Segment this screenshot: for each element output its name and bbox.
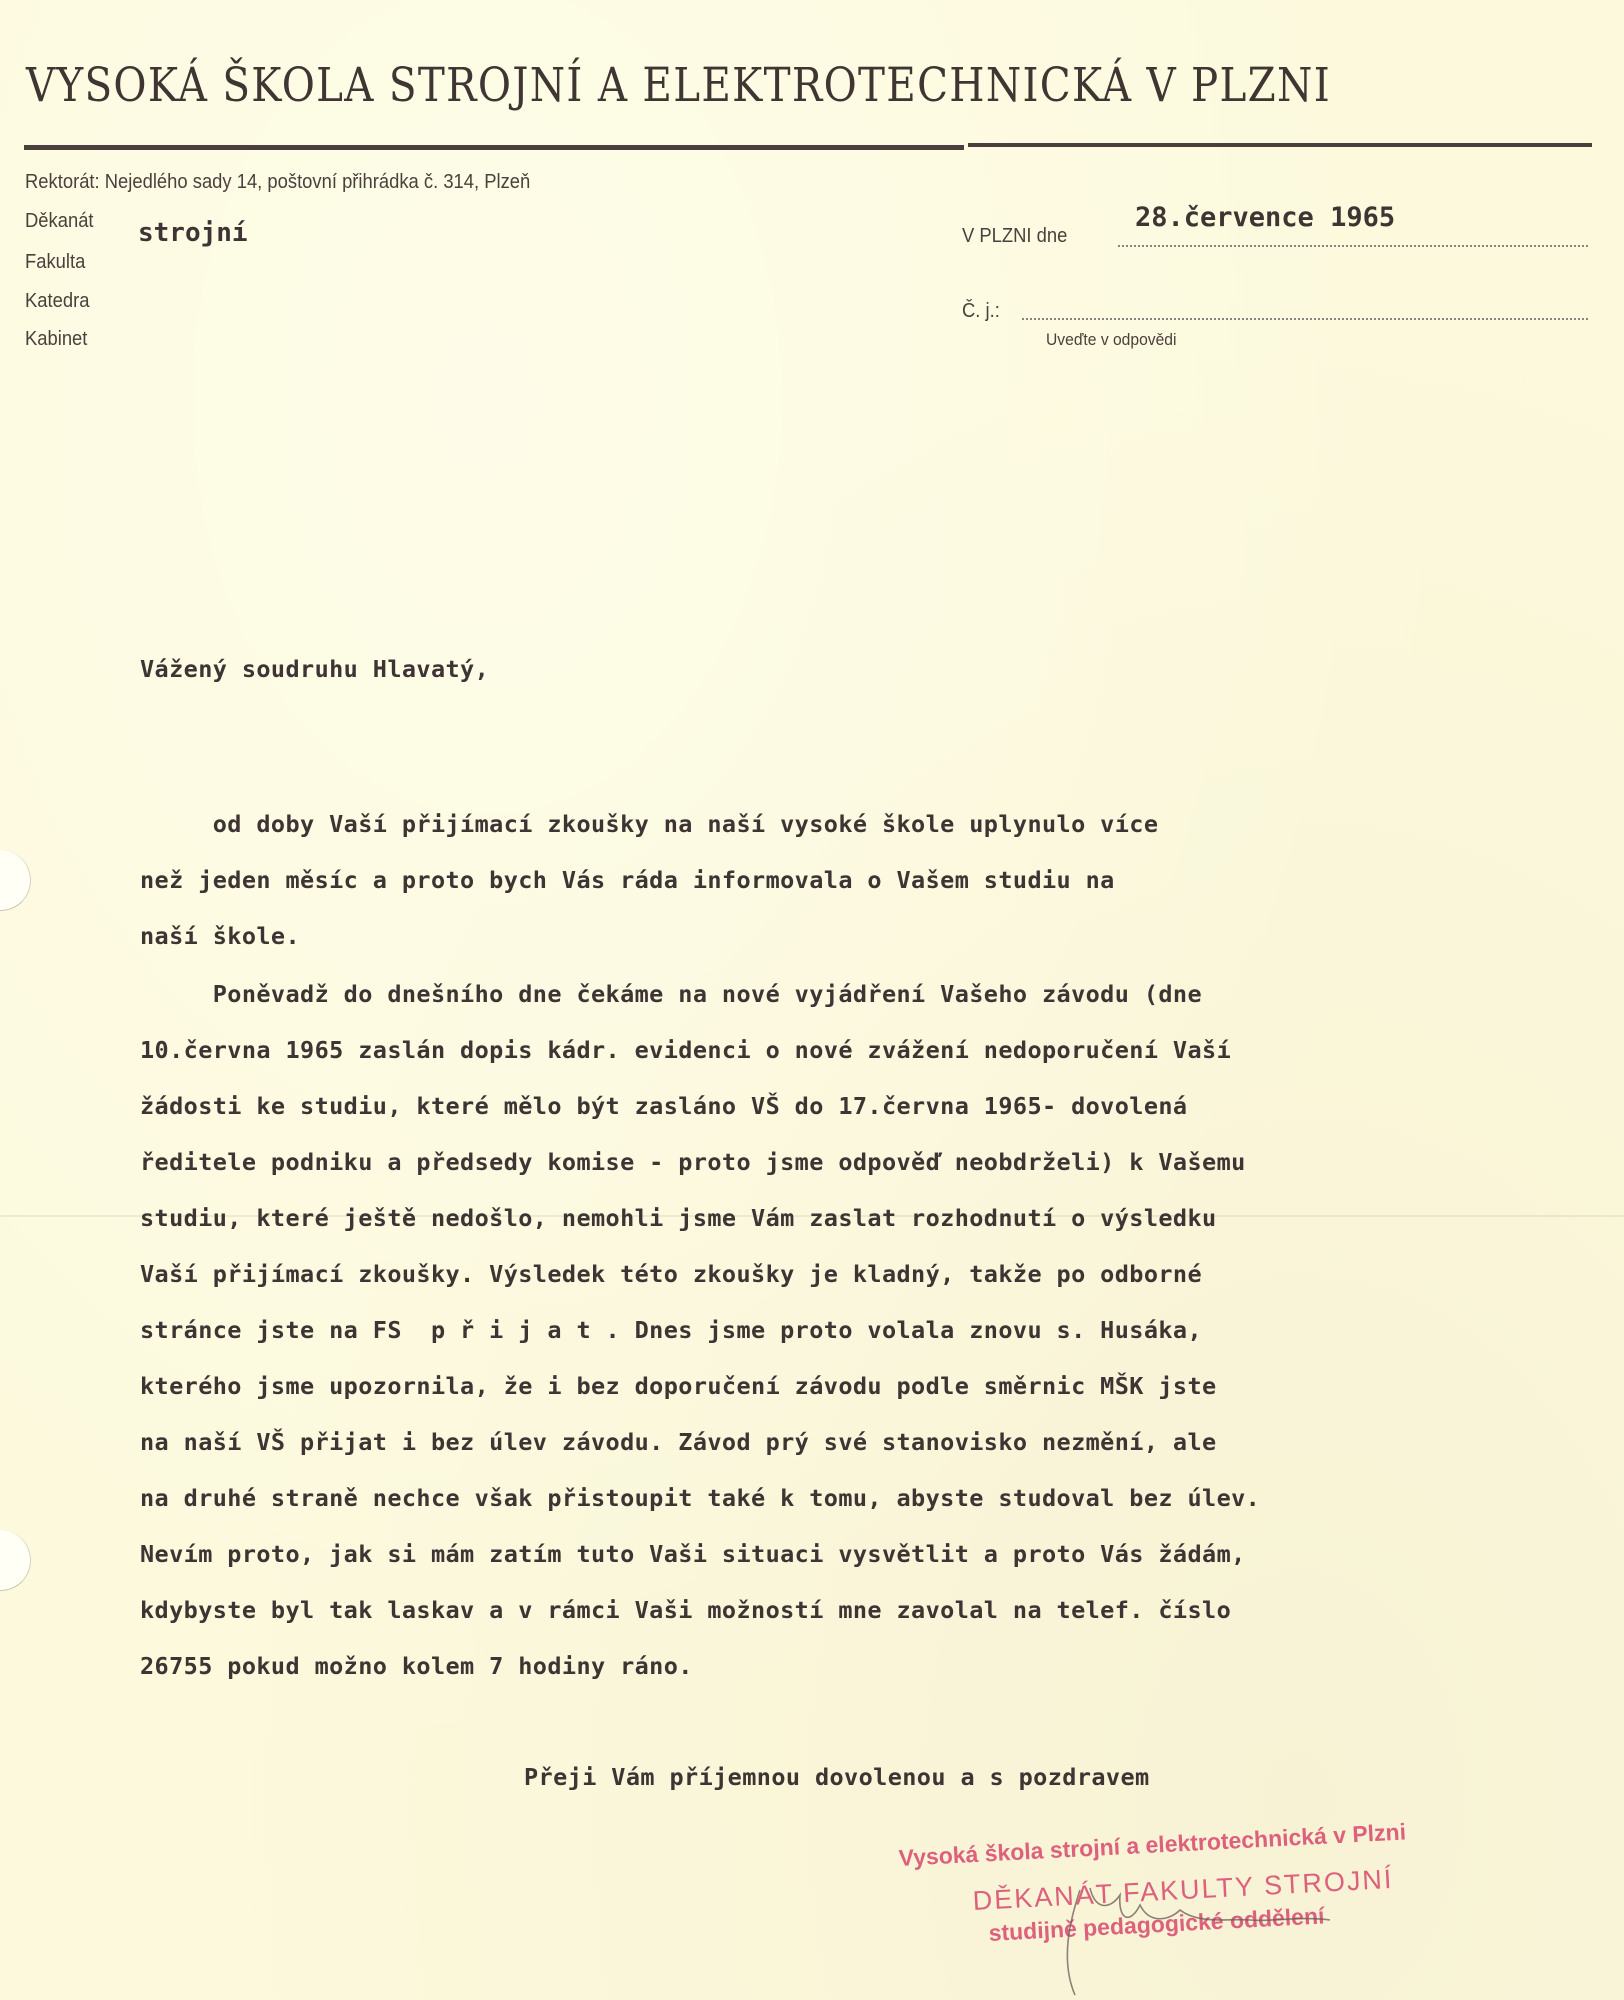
body-line: naší škole. — [140, 922, 300, 950]
body-line: kterého jsme upozornila, že i bez doporu… — [140, 1372, 1217, 1400]
letterhead-rule-left — [24, 145, 964, 150]
date-value: 28.července 1965 — [1135, 202, 1395, 233]
label-kabinet: Kabinet — [25, 328, 87, 351]
body-line: kdybyste byl tak laskav a v rámci Vaši m… — [140, 1596, 1231, 1624]
body-line: od doby Vaší přijímací zkoušky na naší v… — [140, 810, 1158, 838]
letterhead-rule-right — [968, 143, 1592, 147]
letterhead-title: VYSOKÁ ŠKOLA STROJNÍ A ELEKTROTECHNICKÁ … — [26, 58, 1376, 113]
rektorat-address: Rektorát: Nejedlého sady 14, poštovní př… — [25, 171, 530, 194]
ref-field-line — [1022, 318, 1588, 320]
body-line: Nevím proto, jak si mám zatím tuto Vaši … — [140, 1540, 1246, 1568]
body-line: Vaší přijímací zkoušky. Výsledek této zk… — [140, 1260, 1202, 1288]
label-fakulta: Fakulta — [25, 251, 85, 274]
label-katedra: Katedra — [25, 290, 89, 313]
body-line: na druhé straně nechce však přistoupit t… — [140, 1484, 1260, 1512]
body-line: 26755 pokud možno kolem 7 hodiny ráno. — [140, 1652, 693, 1680]
body-line: na naší VŠ přijat i bez úlev závodu. Záv… — [140, 1428, 1217, 1456]
ref-note: Uveďte v odpovědi — [1046, 330, 1176, 350]
body-line: studiu, které ještě nedošlo, nemohli jsm… — [140, 1204, 1217, 1232]
handwritten-signature-icon — [1000, 1880, 1420, 2000]
ref-label: Č. j.: — [962, 300, 1000, 323]
body-line: Poněvadž do dnešního dne čekáme na nové … — [140, 980, 1202, 1008]
salutation: Vážený soudruhu Hlavatý, — [140, 655, 489, 683]
body-line: stránce jste na FS p ř i j a t . Dnes js… — [140, 1316, 1202, 1344]
place-date-label: V PLZNI dne — [962, 225, 1067, 248]
body-line: 10.června 1965 zaslán dopis kádr. eviden… — [140, 1036, 1231, 1064]
dekanat-value: strojní — [138, 218, 248, 248]
body-line: než jeden měsíc a proto bych Vás ráda in… — [140, 866, 1115, 894]
body-line: ředitele podniku a předsedy komise - pro… — [140, 1148, 1246, 1176]
date-field-line — [1118, 245, 1588, 247]
label-dekanat: Děkanát — [25, 210, 94, 233]
body-line: žádosti ke studiu, které mělo být zaslán… — [140, 1092, 1187, 1120]
closing: Přeji Vám příjemnou dovolenou a s pozdra… — [524, 1763, 1150, 1791]
